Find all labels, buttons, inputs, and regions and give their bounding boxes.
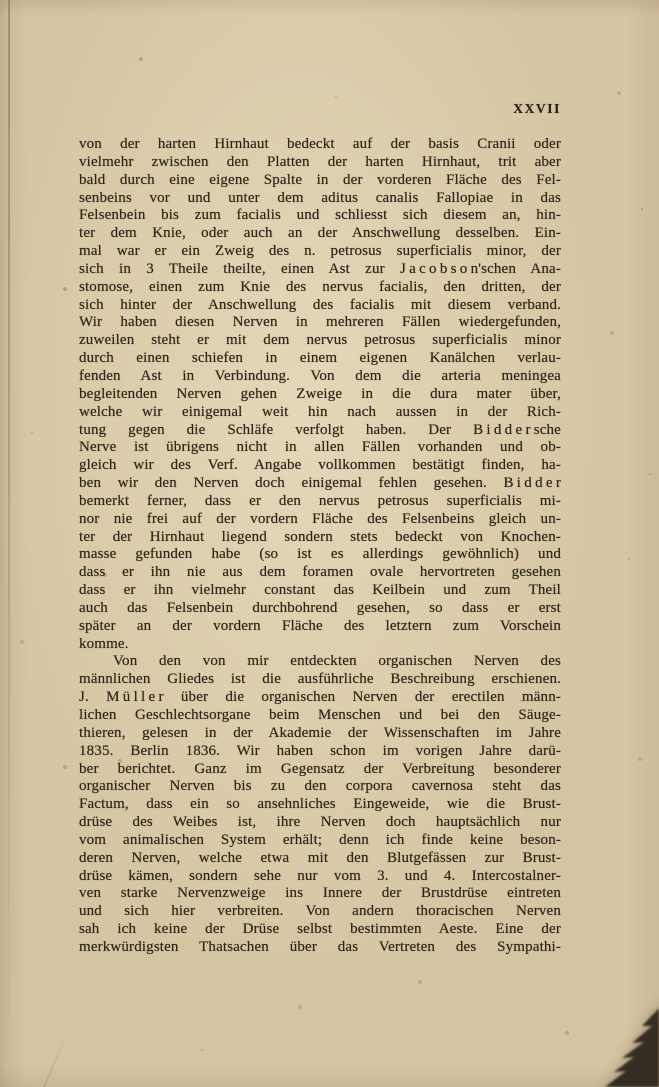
text-line: vielmehr zwischen den Platten der harten…	[79, 154, 561, 172]
text-line: bald durch eine eigene Spalte in der vor…	[79, 172, 561, 190]
paper-crease	[40, 1029, 70, 1087]
text-line: organischer Nerven bis zu den corpora ca…	[79, 778, 561, 796]
text-line: ben wir den Nerven doch einigemal fehlen…	[79, 475, 561, 493]
text-line: sich hinter der Anschwellung des faciali…	[79, 297, 561, 315]
text-line: J. M ü l l e r über die organischen Nerv…	[79, 689, 561, 707]
text-line: welche wir einigemal weit hin nach ausse…	[79, 404, 561, 422]
text-line: 1835. Berlin 1836. Wir haben schon im vo…	[79, 743, 561, 761]
text-line: lichen Geschlechtsorgane beim Menschen u…	[79, 707, 561, 725]
text-line: masse gefunden habe (so ist es allerding…	[79, 546, 561, 564]
text-line: sah ich keine der Drüse selbst bestimmte…	[79, 921, 561, 939]
paragraph: Von den von mir entdeckten organischen N…	[79, 653, 561, 956]
text-line: ter der Hirnhaut liegend sondern stets b…	[79, 529, 561, 547]
text-line: drüse kämen, sondern sehe nur vom 3. und…	[79, 868, 561, 886]
text-line: ber berichtet. Ganz im Gegensatz der Ver…	[79, 761, 561, 779]
text-line: komme.	[79, 636, 561, 654]
text-line: begleitenden Nerven gehen Zweige in die …	[79, 386, 561, 404]
text-line: Felsenbein bis zum facialis und schliess…	[79, 207, 561, 225]
text-line: ter dem Knie, oder auch an der Anschwell…	[79, 225, 561, 243]
text-line: Nerve ist übrigens nicht in allen Fällen…	[79, 439, 561, 457]
scanned-book-page: { "page": { "page_number": "XXVII" }, "c…	[0, 0, 659, 1087]
corner-smudge	[579, 997, 659, 1087]
text-line: Factum, dass ein so ansehnliches Eingewe…	[79, 796, 561, 814]
text-line: merkwürdigsten Thatsachen über das Vertr…	[79, 939, 561, 957]
text-line: mal war er ein Zweig des n. petrosus sup…	[79, 243, 561, 261]
text-line: senbeins vor und unter dem aditus canali…	[79, 190, 561, 208]
text-line: zuweilen steht er mit dem nervus petrosu…	[79, 332, 561, 350]
text-line: tung gegen die Schläfe verfolgt haben. D…	[79, 422, 561, 440]
text-line: nor nie frei auf der vordern Fläche des …	[79, 511, 561, 529]
text-line: von der harten Hirnhaut bedeckt auf der …	[79, 136, 561, 154]
page-number: XXVII	[79, 101, 561, 117]
text-line: stomose, einen zum Knie des nervus facia…	[79, 279, 561, 297]
text-line: später an der vordern Fläche des letzter…	[79, 618, 561, 636]
paragraph: von der harten Hirnhaut bedeckt auf der …	[79, 136, 561, 653]
text-line: Von den von mir entdeckten organischen N…	[79, 653, 561, 671]
text-line: deren Nerven, welche etwa mit den Blutge…	[79, 850, 561, 868]
text-line: Wir haben diesen Nerven in mehreren Fäll…	[79, 314, 561, 332]
foxing-specks	[0, 0, 2, 2]
page-fold-edge	[8, 0, 10, 1087]
text-line: sich in 3 Theile theilte, einen Ast zur …	[79, 261, 561, 279]
text-line: dass er ihn vielmehr constant das Keilbe…	[79, 582, 561, 600]
text-line: ven starke Nervenzweige ins Innere der B…	[79, 885, 561, 903]
text-line: bemerkt ferner, dass er den nervus petro…	[79, 493, 561, 511]
text-line: drüse des Weibes ist, ihre Nerven doch h…	[79, 814, 561, 832]
text-line: vom animalischen System erhält; denn ich…	[79, 832, 561, 850]
text-line: dass er ihn nie aus dem foramen ovale he…	[79, 564, 561, 582]
text-line: männlichen Gliedes ist die ausführliche …	[79, 671, 561, 689]
text-line: fenden Ast in Verbindung. Von dem die ar…	[79, 368, 561, 386]
text-line: auch das Felsenbein durchbohrend gesehen…	[79, 600, 561, 618]
text-line: und sich hier verbreiten. Von andern tho…	[79, 903, 561, 921]
text-block: von der harten Hirnhaut bedeckt auf der …	[79, 136, 561, 957]
text-line: durch einen schiefen in einem eigenen Ka…	[79, 350, 561, 368]
text-line: gleich wir des Verf. Angabe vollkommen b…	[79, 457, 561, 475]
text-line: thieren, gelesen in der Akademie der Wis…	[79, 725, 561, 743]
